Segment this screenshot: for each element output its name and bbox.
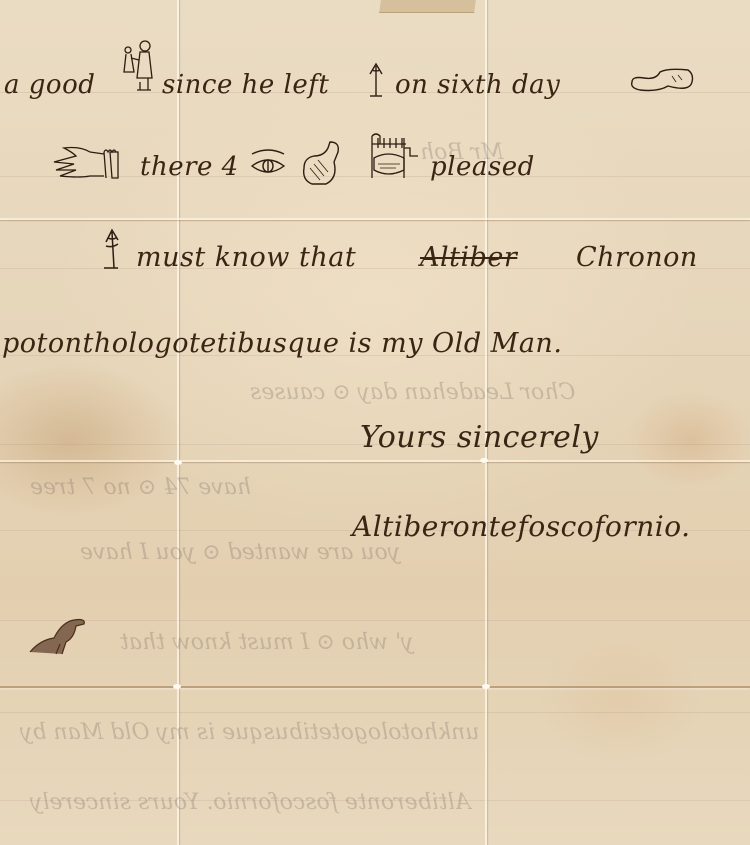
paper-tab xyxy=(379,0,476,13)
ruled-line xyxy=(0,712,750,713)
horizontal-fold xyxy=(0,460,750,462)
letter-page: Mr Boh Chor Leadehan day ⊙ causes have 7… xyxy=(0,0,750,845)
line-3-text-a: must know that xyxy=(136,242,356,273)
eye-icon xyxy=(248,146,288,178)
fold-hole xyxy=(482,684,490,689)
horizontal-fold xyxy=(0,686,750,688)
bleed-through-text: you are wanted ⊙ you I have xyxy=(80,540,400,565)
child-with-nurse-icon xyxy=(120,38,154,94)
horizontal-fold xyxy=(0,218,750,220)
line-2-text-a: there 4 xyxy=(140,152,239,182)
line-3-text-b: Chronon xyxy=(576,242,698,273)
closing-text: Yours sincerely xyxy=(360,420,599,455)
eye-arrow-i-icon xyxy=(100,228,124,272)
fold-hole xyxy=(480,458,488,463)
bird-sketch-icon xyxy=(26,612,90,658)
fold-hole xyxy=(173,684,181,689)
fold-hole xyxy=(174,460,182,465)
bleed-through-text: Chor Leadehan day ⊙ causes xyxy=(250,380,575,405)
ruled-line xyxy=(0,620,750,621)
line-1-text-c: on sixth day xyxy=(395,70,560,100)
thumb-hand-icon xyxy=(300,138,344,188)
struck-out-word: Altiber xyxy=(420,242,517,273)
line-1-text-a: a good xyxy=(4,70,95,100)
eye-arrow-i-icon xyxy=(366,62,386,98)
shoe-icon xyxy=(628,66,696,96)
vertical-fold xyxy=(177,0,179,845)
glove-hand-icon xyxy=(50,144,122,184)
bleed-through-text: Altiberonte foscofornio. Yours sincerely xyxy=(30,790,471,815)
bleed-through-text: unkhotologotetibusque is my Old Man by xyxy=(20,720,479,745)
line-4-text: potonthologotetibusque is my Old Man. xyxy=(2,328,562,359)
bleed-through-text: y' who ⊙ I must know that xyxy=(120,630,414,655)
loom-basket-icon xyxy=(366,130,422,182)
line-1-text-b: since he left xyxy=(162,70,329,100)
bleed-through-text: have 74 ⊙ no 7 tree xyxy=(30,475,251,500)
line-2-text-b: pleased xyxy=(430,152,535,182)
signature: Altiberontefoscofornio. xyxy=(352,510,690,543)
